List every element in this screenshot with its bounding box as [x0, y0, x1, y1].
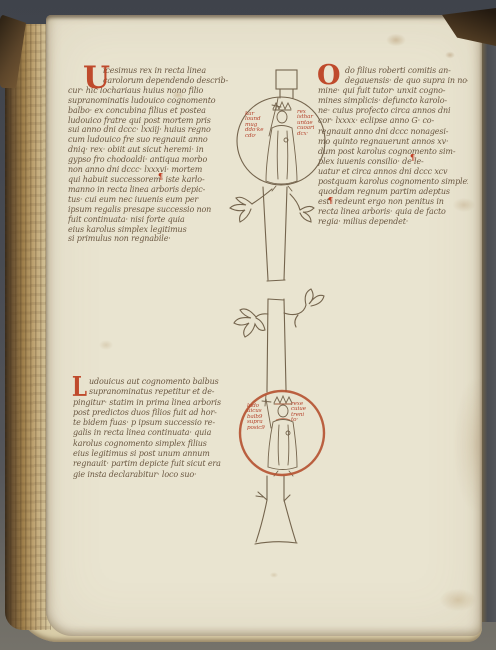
text-line: te bidem fuas· p ipsum successio re-: [73, 418, 253, 428]
text-line: fuit continuata· nisi forte quia: [68, 215, 248, 225]
text-line: ludouico fratre qui post mortem pris: [68, 116, 248, 126]
text-line: tus· cui eum nec iuuenis eum per: [68, 195, 248, 205]
illuminated-initial-l: L: [72, 374, 87, 401]
text-line: eius karolus simplex legitimus: [68, 225, 248, 235]
text-line: posic9: [247, 426, 273, 431]
text-line: sui anno dni dccc· lxxiij· huius regno: [68, 125, 248, 135]
text-line: pingitur· statim in prima linea arboris: [73, 398, 253, 408]
text-column-lower-left: udouicus aut cognomento balbussupranomin…: [73, 377, 253, 480]
text-line: ne· cuius profecto circa annos dni: [318, 106, 468, 116]
text-line: manno in recta linea arboris depic-: [68, 185, 248, 195]
text-line: gypso fro chodoaldi· antiqua morbo: [68, 155, 248, 165]
illuminated-initial-u: U: [83, 63, 110, 94]
text-line: udouicus aut cognomento balbus: [73, 377, 253, 387]
text-line: supranominatus repetitur et de-: [73, 387, 253, 397]
text-line: regia· milius dependet·: [318, 217, 468, 227]
page-right-gutter: [482, 12, 496, 622]
upper-roundel-label-right: rexistharuntaecuoaridcx·: [297, 110, 323, 137]
text-line: recta linea arboris· quia de facto: [318, 207, 468, 217]
text-line: postquam karolus cognomento simplex: [318, 177, 468, 187]
text-line: mo quinto regnauerunt annos xv·: [318, 137, 468, 147]
text-line: uatur et circa annos dni dccc xcv: [318, 167, 468, 177]
text-line: regnauit· partim depicte fuit sicut era: [73, 459, 253, 469]
paragraph-mark: ¶: [410, 152, 415, 162]
text-line: dum post karolus cognomento sim-: [318, 147, 468, 157]
text-line: to·: [291, 418, 317, 423]
paragraph-mark: ¶: [158, 171, 163, 181]
text-line: ipsum regalis presape successio non: [68, 205, 248, 215]
lower-roundel-label-right: rexecuiuetrenito·: [291, 402, 317, 424]
text-line: regnauit anno dni dccc nonagesi-: [318, 127, 468, 137]
text-line: eius legitimus si post unum annum: [73, 449, 253, 459]
lower-roundel-label-left: ludouicusbalb9supraposic9: [247, 404, 273, 431]
text-line: cum ludouico fre suo regnauit anno: [68, 135, 248, 145]
book-fore-edge: [5, 24, 51, 630]
text-line: dniq· rex· obiit aut sicut heremi· in: [68, 145, 248, 155]
text-line: gie insta declarabitur· loco suo·: [73, 470, 253, 480]
upper-roundel-label-left: karloundmugddo·kecdo·: [245, 112, 269, 139]
illuminated-initial-o: O: [317, 62, 341, 89]
text-line: quoddam regnum partim adeptus: [318, 187, 468, 197]
text-line: si primulus non regnabile·: [68, 234, 248, 244]
paragraph-mark: ¶: [328, 195, 333, 205]
text-line: post predictos duos filios fuit ad hor-: [73, 408, 253, 418]
text-line: mines simplicis· defuncto karolo-: [318, 96, 468, 106]
text-line: galis in recta linea continuata· quia: [73, 428, 253, 438]
text-line: balbo· ex concubina filius et postea: [68, 106, 248, 116]
text-line: est· redeunt ergo non penitus in: [318, 197, 468, 207]
text-line: cdo·: [245, 134, 269, 139]
text-line: plex iuuenis consilio· de le-: [318, 157, 468, 167]
text-line: cor· lxxxx· eclipse anno G· co-: [318, 116, 468, 126]
text-line: supranominatis ludouico cognomento: [68, 96, 248, 106]
text-line: karolus cognomento simplex filius: [73, 439, 253, 449]
text-line: dcx·: [297, 132, 323, 137]
